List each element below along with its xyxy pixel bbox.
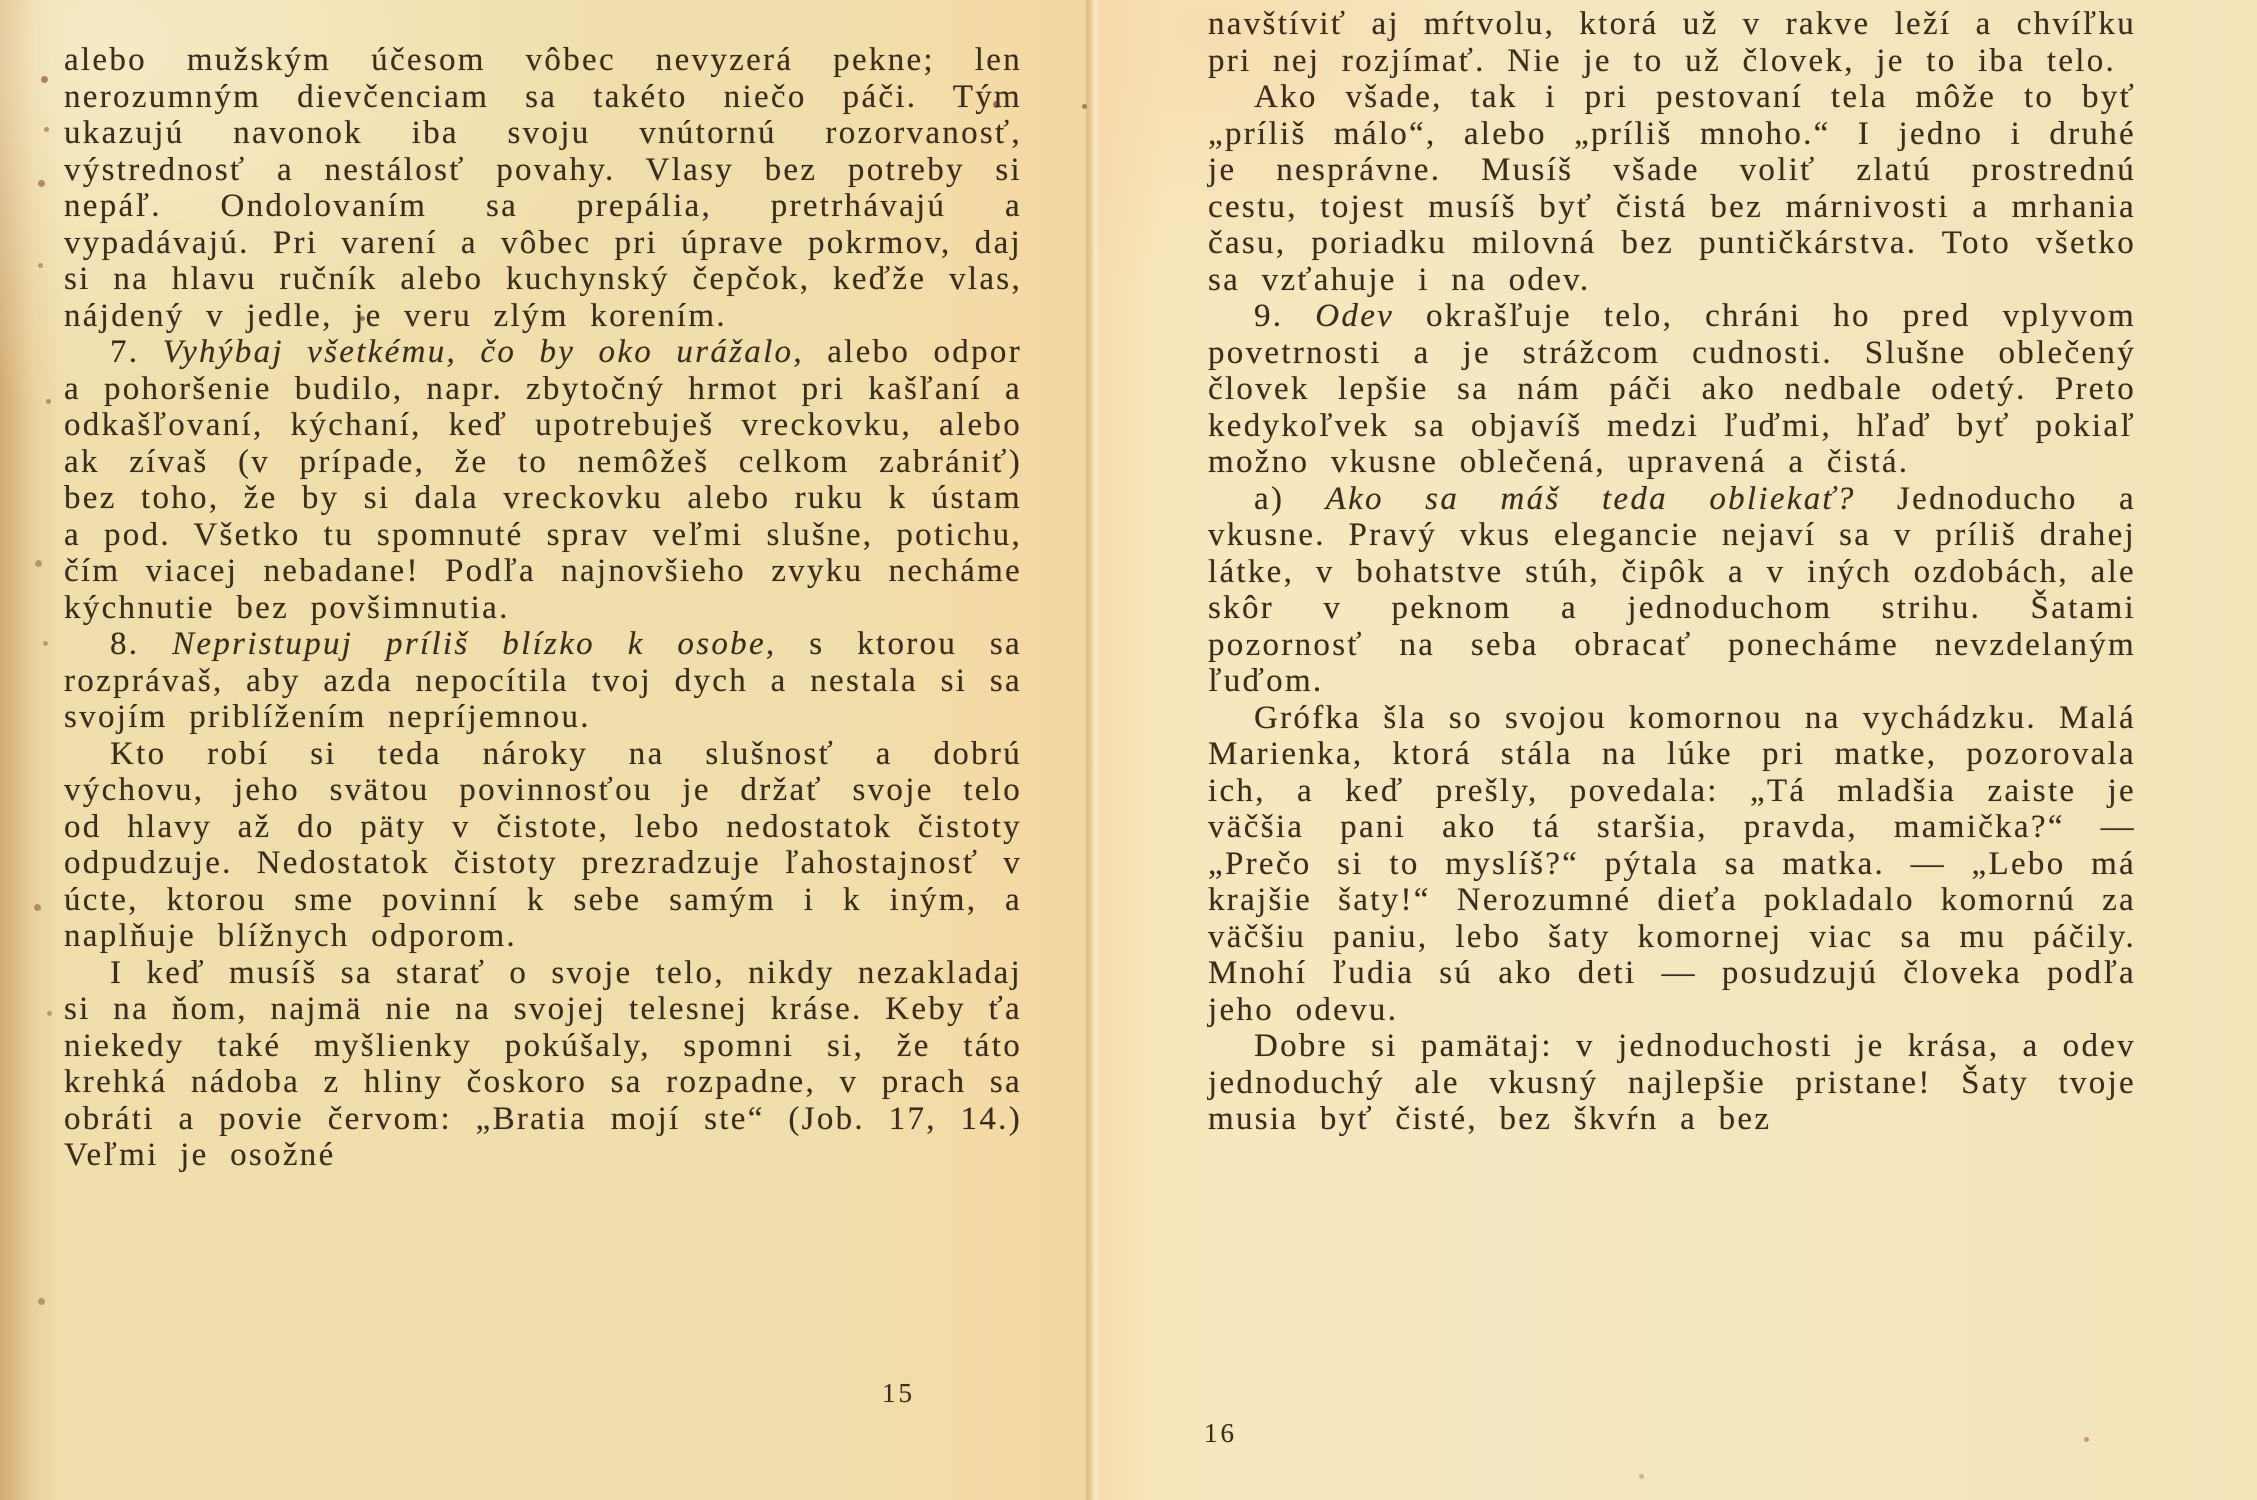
body-text-run: Grófka šla so svojou komornou na vychádz…: [1208, 700, 2136, 1028]
paragraph: Kto robí si teda nároky na slušnosť a do…: [64, 736, 1022, 955]
body-text-run: alebo odpor a pohoršenie budilo, napr. z…: [64, 334, 1022, 626]
book-spread: alebo mužským účesom vôbec nevyzerá pekn…: [0, 0, 2257, 1500]
italic-text-run: Nepristupuj príliš blízko k osobe,: [172, 626, 776, 662]
paragraph: navštíviť aj mŕtvolu, ktorá už v rakve l…: [1208, 6, 2136, 79]
paragraph: 9. Odev okrašľuje telo, chráni ho pred v…: [1208, 298, 2136, 481]
body-text-run: 9.: [1254, 298, 1315, 334]
body-text-run: 8.: [110, 626, 172, 662]
page-number-right: 16: [1204, 1418, 1237, 1449]
paragraph: Ako všade, tak i pri pestovaní tela môže…: [1208, 79, 2136, 298]
page-number-left: 15: [882, 1378, 915, 1409]
italic-text-run: Ako sa máš teda obliekať?: [1326, 481, 1856, 517]
italic-text-run: Vyhýbaj všetkému, čo by oko urážalo,: [163, 334, 804, 370]
paragraph: 7. Vyhýbaj všetkému, čo by oko urážalo, …: [64, 334, 1022, 626]
body-text-run: Ako všade, tak i pri pestovaní tela môže…: [1208, 79, 2136, 298]
page-left: alebo mužským účesom vôbec nevyzerá pekn…: [0, 0, 1096, 1500]
body-text-run: 7.: [110, 334, 163, 370]
italic-text-run: Odev: [1315, 298, 1394, 334]
body-text-run: Dobre si pamätaj: v jednoduchosti je krá…: [1208, 1028, 2136, 1137]
page-right: navštíviť aj mŕtvolu, ktorá už v rakve l…: [1096, 0, 2257, 1500]
body-text-run: a): [1254, 481, 1326, 517]
paragraph: 8. Nepristupuj príliš blízko k osobe, s …: [64, 626, 1022, 736]
paragraph: I keď musíš sa starať o svoje telo, nikd…: [64, 955, 1022, 1174]
paragraph: Grófka šla so svojou komornou na vychádz…: [1208, 700, 2136, 1029]
body-text-run: navštíviť aj mŕtvolu, ktorá už v rakve l…: [1208, 6, 2136, 79]
paragraph: Dobre si pamätaj: v jednoduchosti je krá…: [1208, 1028, 2136, 1138]
body-text-run: Kto robí si teda nároky na slušnosť a do…: [64, 736, 1022, 955]
page-left-text-column: alebo mužským účesom vôbec nevyzerá pekn…: [64, 42, 1022, 1174]
body-text-run: I keď musíš sa starať o svoje telo, nikd…: [64, 955, 1022, 1174]
paragraph: a) Ako sa máš teda obliekať? Jednoducho …: [1208, 481, 2136, 700]
paragraph: alebo mužským účesom vôbec nevyzerá pekn…: [64, 42, 1022, 334]
body-text-run: alebo mužským účesom vôbec nevyzerá pekn…: [64, 42, 1022, 334]
page-right-text-column: navštíviť aj mŕtvolu, ktorá už v rakve l…: [1208, 6, 2136, 1138]
